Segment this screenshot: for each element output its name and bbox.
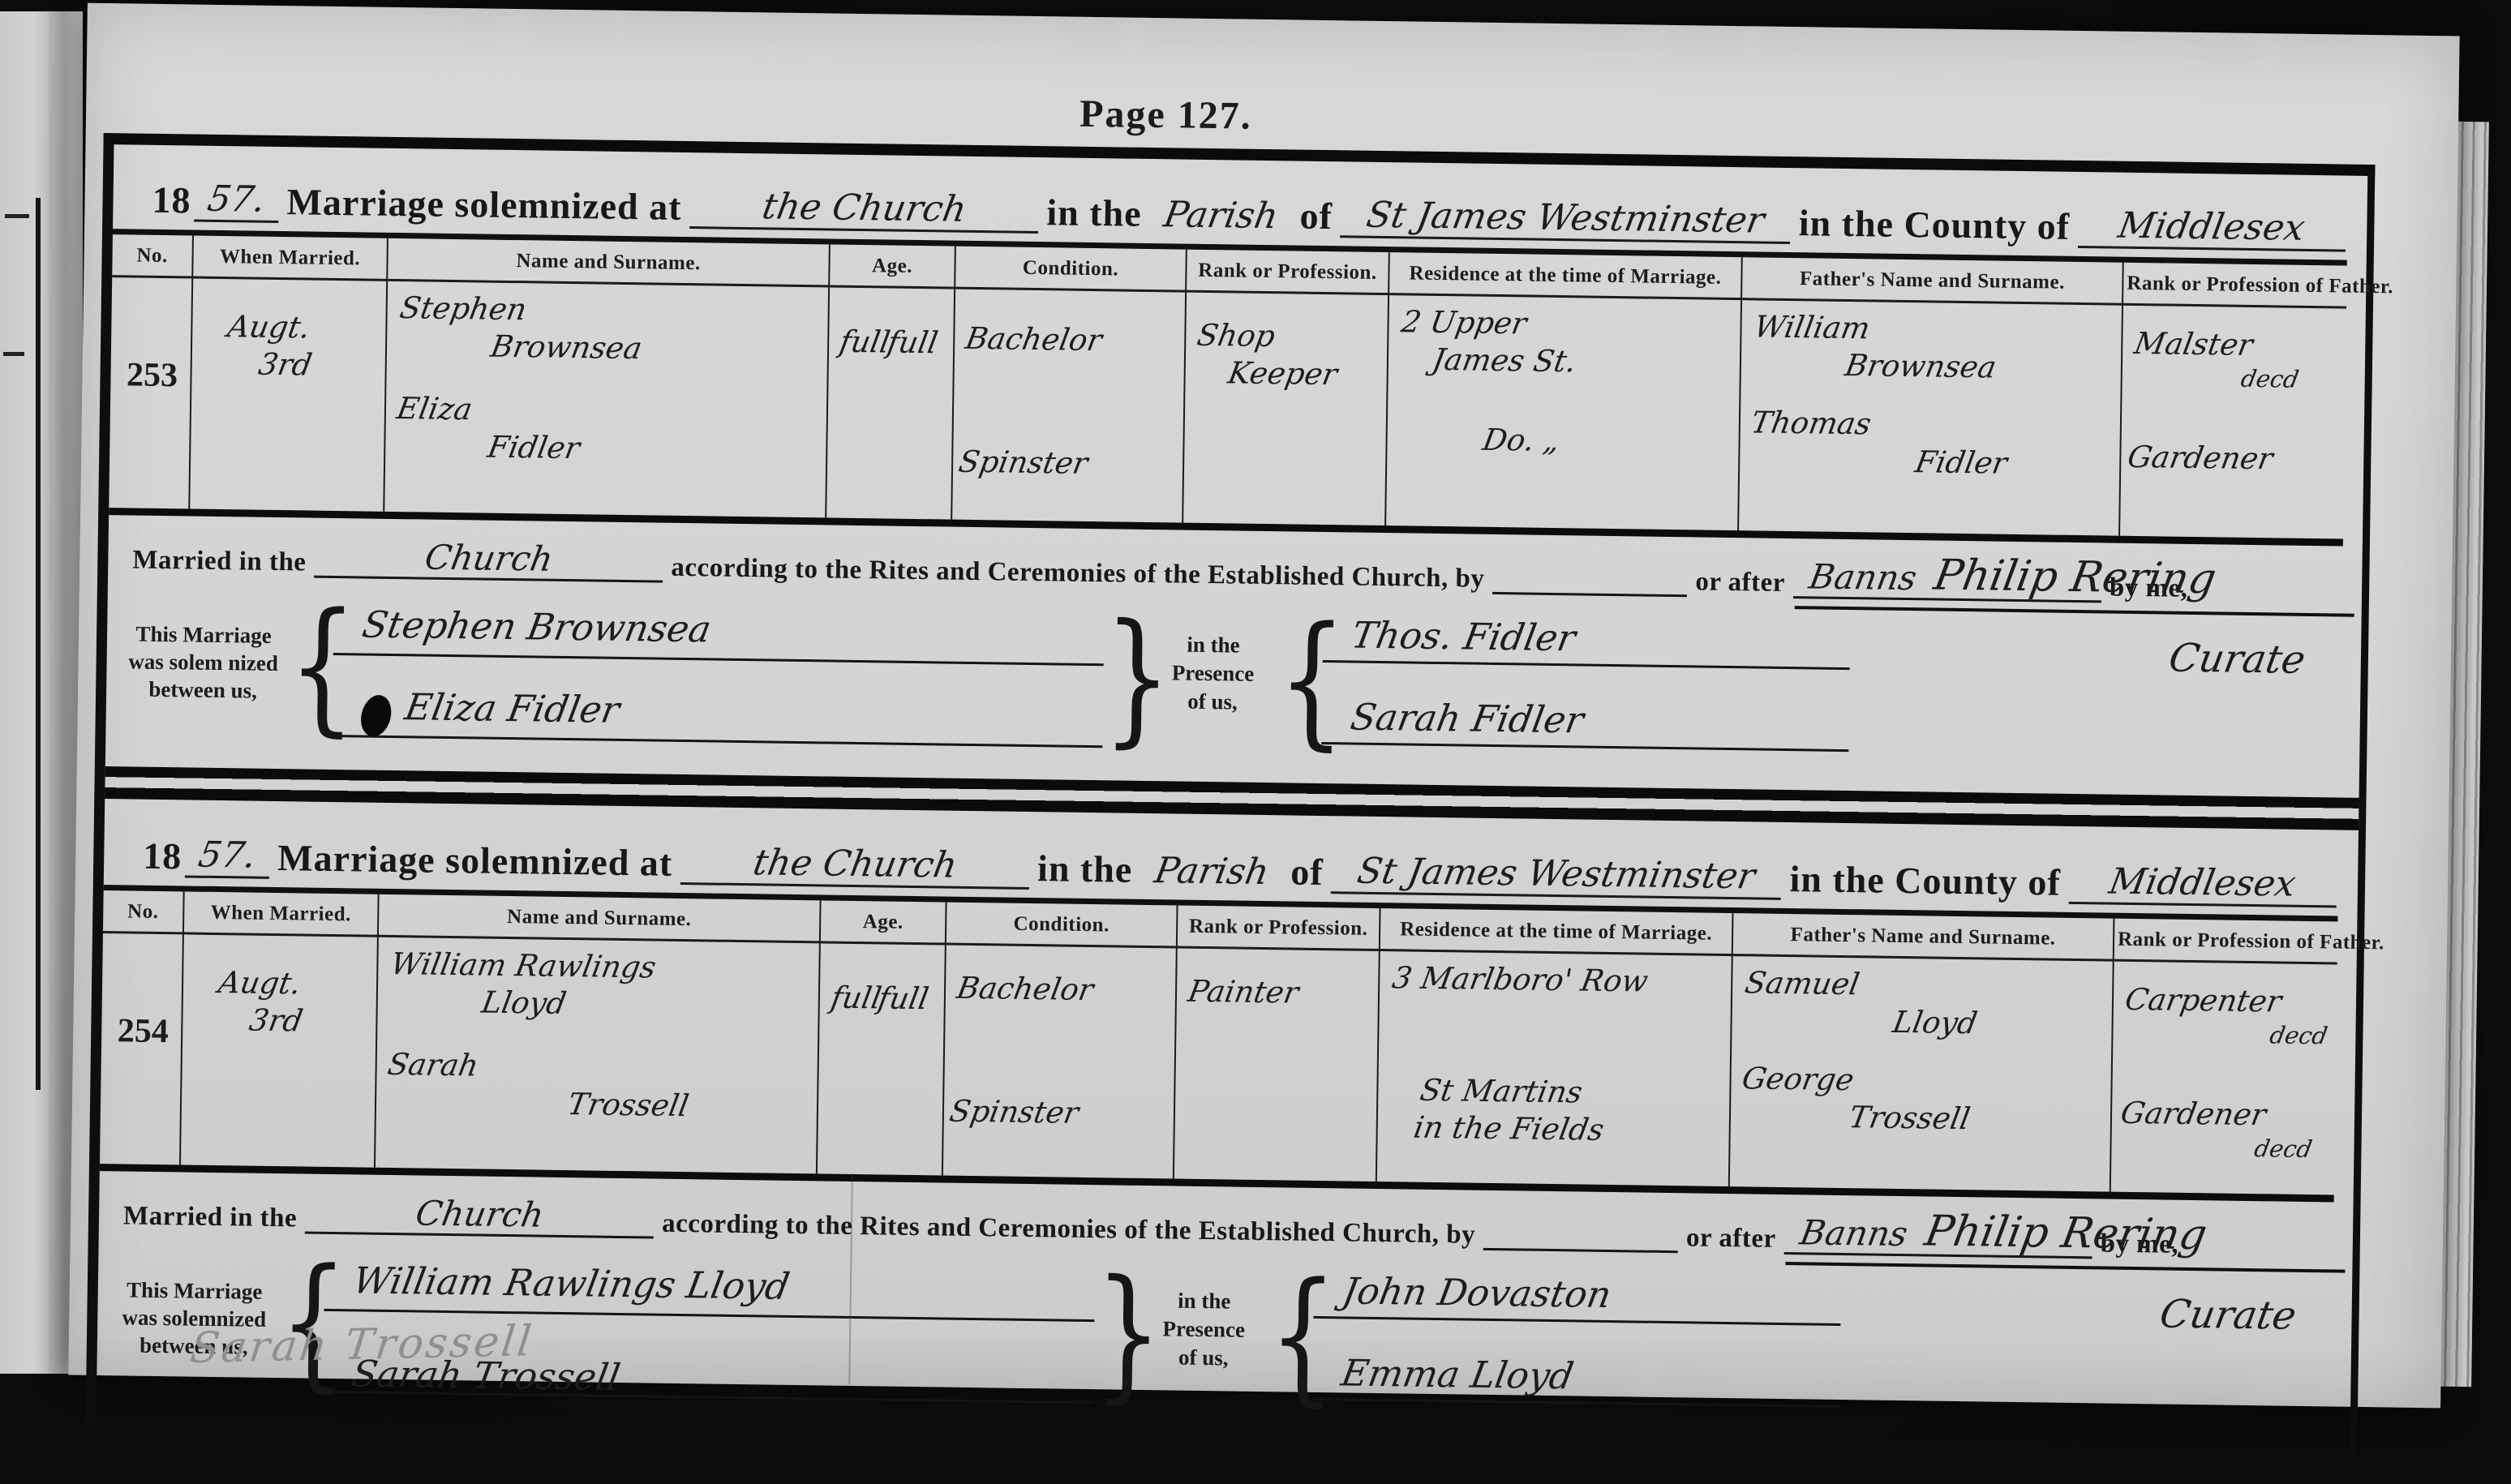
county-label-printed: in the County of (1789, 857, 2061, 904)
cell-father-ranks: Malster decd Gardener (2120, 306, 2346, 539)
place-fill-line: the Church (689, 185, 1039, 234)
groom-age-handwritten: full (818, 963, 887, 1076)
table-body-row: 253 Augt. 3rd Stephen Brownsea (109, 277, 2346, 538)
of-printed: of (1299, 195, 1333, 238)
groom-signature-line: William Rawlings Lloyd (324, 1250, 1095, 1322)
cell-professions: Shop Keeper (1183, 293, 1389, 525)
year-fill-line: 57. (194, 178, 279, 223)
witness2-signature: Sarah Fidler (1346, 688, 1588, 751)
witness1-signature: John Dovaston (1338, 1262, 1616, 1325)
column-header-age: Age. (830, 244, 956, 289)
church-handwritten: Church (413, 1194, 547, 1235)
bride-name-handwritten: Eliza Fidler (388, 390, 590, 468)
bride-condition-handwritten: Spinster (946, 1066, 1086, 1132)
bride-residence-handwritten: Do. „ (1391, 399, 1566, 460)
groom-father-rank-handwritten: Carpenter decd (2112, 970, 2286, 1079)
cell-father-names: Samuel Lloyd George Trossell (1730, 956, 2114, 1192)
officiant-signature-line: Philip Rering (1785, 1190, 2346, 1273)
officiant-block: Philip Rering Curate (1784, 1190, 2346, 1340)
witness-signatures: John Dovaston Emma Lloyd (1312, 1259, 1842, 1432)
bride-age-handwritten: full (885, 297, 946, 362)
bride-residence-handwritten: St Martins in the Fields (1379, 1055, 1616, 1149)
column-header-father-rank: Rank or Profession of Father. (2114, 919, 2338, 965)
cell-father-names: William Brownsea Thomas Fidler (1739, 300, 2123, 536)
groom-profession-handwritten: Shop Keeper (1184, 301, 1349, 414)
solemnized-at-printed: Marriage solemnized at (286, 180, 682, 229)
officiant-block: Philip Rering Curate (1794, 534, 2355, 684)
cell-professions: Painter (1174, 949, 1380, 1182)
column-header-age: Age. (821, 900, 947, 945)
officiant-signature-line: Philip Rering (1795, 534, 2355, 617)
column-header-father-name: Father's Name and Surname. (1733, 913, 2115, 962)
previous-page-rule-fragment (5, 214, 29, 218)
marriage-entry-253: 18 57. Marriage solemnized at the Church… (105, 144, 2348, 794)
rites-printed: according to the Rites and Ceremonies of… (671, 553, 1484, 594)
groom-condition-handwritten: Bachelor (952, 298, 1109, 418)
cell-conditions: Bachelor Spinster (943, 946, 1178, 1179)
groom-name-handwritten: William Rawlings Lloyd (378, 946, 659, 1044)
bride-father-handwritten: George Trossell (1732, 1060, 1979, 1138)
officiant-signature: Philip Rering (1928, 537, 2222, 619)
or-after-printed: or after (1695, 567, 1785, 598)
right-brace: } (1102, 573, 1150, 782)
cell-ages: full full (818, 943, 946, 1175)
column-header-when-married: When Married. (193, 236, 388, 281)
bride-signature: Eliza Fidler (400, 677, 624, 740)
groom-father-rank-handwritten: Malster decd (2122, 314, 2258, 422)
page-number: Page 127. (1080, 92, 1252, 139)
county-handwritten: Middlesex (2115, 205, 2308, 249)
cell-no: 253 (109, 277, 193, 508)
witness1-signature-line: Thos. Fidler (1323, 605, 1851, 670)
groom-residence-handwritten: 3 Marlboro' Row (1380, 959, 1651, 1058)
county-fill-line: Middlesex (2078, 204, 2346, 252)
solemnized-at-printed: Marriage solemnized at (277, 836, 673, 885)
entry-number: 253 (118, 355, 186, 395)
couple-signatures: Stephen Brownsea Eliza Fidler (332, 590, 1105, 769)
in-the-printed: in the (1046, 191, 1142, 235)
district-handwritten: St James Westminster (1363, 195, 1767, 242)
register-table: No. When Married. Name and Surname. Age.… (109, 229, 2347, 546)
register-form: 18 57. Marriage solemnized at the Church… (85, 133, 2375, 1461)
cell-ages: full full (826, 287, 955, 519)
county-fill-line: Middlesex (2068, 860, 2337, 908)
cell-father-ranks: Carpenter decd Gardener decd (2111, 962, 2337, 1195)
groom-signature: William Rawlings Lloyd (349, 1250, 794, 1316)
year-handwritten: 57. (204, 178, 268, 221)
witness2-signature: Emma Lloyd (1337, 1344, 1578, 1407)
officiant-title: Curate (1784, 1286, 2345, 1340)
cell-residences: 2 Upper James St. Do. „ (1386, 295, 1742, 530)
district-handwritten: St James Westminster (1354, 851, 1758, 898)
column-header-name: Name and Surname. (388, 238, 831, 288)
by-blank-line (1492, 592, 1687, 597)
officiant-title: Curate (1794, 630, 2354, 684)
column-header-residence: Residence at the time of Marriage. (1380, 908, 1734, 956)
column-header-residence: Residence at the time of Marriage. (1389, 252, 1743, 300)
witness1-signature: Thos. Fidler (1347, 606, 1580, 669)
column-header-no: No. (112, 234, 194, 278)
county-handwritten: Middlesex (2106, 861, 2299, 905)
cell-conditions: Bachelor Spinster (952, 290, 1187, 523)
place-handwritten: the Church (759, 186, 969, 229)
or-after-printed: or after (1686, 1223, 1776, 1255)
groom-signature-line: Stephen Brownsea (333, 594, 1105, 666)
of-printed: of (1290, 850, 1324, 894)
district-fill-line: St James Westminster (1331, 850, 1782, 900)
column-header-no: No. (103, 890, 185, 934)
bride-father-handwritten: Thomas Fidler (1742, 404, 2017, 483)
witness2-signature-line: Sarah Fidler (1321, 687, 1849, 752)
church-handwritten: Church (422, 538, 556, 579)
bride-name-handwritten: Sarah Trossell (378, 1046, 697, 1126)
church-fill-line: Church (314, 536, 663, 583)
solemnized-label: This Marriage was solem nized between us… (118, 586, 290, 705)
groom-signature: Stephen Brownsea (358, 595, 716, 660)
groom-father-handwritten: William Brownsea (1741, 308, 2006, 407)
groom-residence-handwritten: 2 Upper James St. (1389, 303, 1586, 401)
cell-residences: 3 Marlboro' Row St Martins in the Fields (1377, 951, 1733, 1186)
district-fill-line: St James Westminster (1341, 194, 1792, 244)
ink-blot (357, 692, 396, 740)
year-handwritten: 57. (195, 834, 260, 877)
groom-father-handwritten: Samuel Lloyd (1732, 964, 1987, 1063)
place-fill-line: the Church (680, 841, 1030, 890)
by-blank-line (1483, 1248, 1678, 1253)
groom-name-handwritten: Stephen Brownsea (387, 290, 651, 388)
cell-names: William Rawlings Lloyd Sarah Trossell (376, 937, 821, 1174)
bride-father-rank-handwritten: Gardener decd (2113, 1077, 2272, 1164)
pencil-annotation: Sarah Trossell (187, 1317, 536, 1373)
register-table: No. When Married. Name and Surname. Age.… (100, 885, 2338, 1202)
bride-age-handwritten: full (875, 953, 936, 1019)
cell-no: 254 (100, 933, 184, 1164)
in-the-printed: in the (1037, 847, 1133, 891)
year-prefix-printed: 18 (152, 178, 191, 222)
left-brace: { (287, 562, 335, 770)
cell-when-married: Augt. 3rd (181, 934, 379, 1167)
column-header-name: Name and Surname. (379, 894, 822, 944)
year-fill-line: 57. (185, 834, 270, 878)
table-body-row: 254 Augt. 3rd William Rawlings Lloyd (100, 933, 2337, 1194)
married-in-the-printed: Married in the (123, 1201, 298, 1233)
witness-brace: { (1267, 1232, 1315, 1440)
bride-signature-line: Eliza Fidler (332, 676, 1103, 748)
cell-when-married: Augt. 3rd (190, 279, 388, 512)
county-label-printed: in the County of (1798, 201, 2070, 248)
column-header-rank: Rank or Profession. (1187, 250, 1390, 295)
when-married-handwritten: Augt. 3rd (218, 308, 321, 384)
right-brace: } (1092, 1229, 1140, 1438)
witness-brace: { (1277, 576, 1324, 784)
column-header-condition: Condition. (955, 247, 1187, 293)
groom-profession-handwritten: Painter (1175, 957, 1304, 1070)
officiant-signature: Philip Rering (1919, 1193, 2213, 1275)
previous-page-rule-fragment (3, 352, 24, 356)
bride-father-rank-handwritten: Gardener (2125, 421, 2279, 478)
groom-condition-handwritten: Bachelor (944, 954, 1099, 1067)
previous-page-border-line (36, 198, 41, 1090)
rites-printed: according to the Rites and Ceremonies of… (662, 1209, 1475, 1250)
register-page: Page 127. 18 57. Marriage solemnized at … (68, 3, 2459, 1409)
cell-names: Stephen Brownsea Eliza Fidler (384, 281, 830, 518)
column-header-father-name: Father's Name and Surname. (1742, 257, 2124, 306)
bride-condition-handwritten: Spinster (955, 416, 1095, 483)
married-in-the-printed: Married in the (132, 546, 307, 578)
place-handwritten: the Church (750, 842, 960, 886)
when-married-handwritten: Augt. 3rd (209, 964, 312, 1040)
church-fill-line: Church (305, 1192, 655, 1239)
column-header-when-married: When Married. (184, 891, 380, 937)
witness2-signature-line: Emma Lloyd (1312, 1343, 1840, 1408)
entry-number: 254 (109, 1011, 177, 1051)
witness-signatures: Thos. Fidler Sarah Fidler (1321, 603, 1851, 776)
district-type-handwritten: Parish (1149, 194, 1292, 237)
witness1-signature-line: John Dovaston (1313, 1261, 1841, 1326)
column-header-father-rank: Rank or Profession of Father. (2123, 263, 2347, 309)
column-header-condition: Condition. (946, 903, 1178, 949)
previous-page-edge (0, 11, 49, 1374)
district-type-handwritten: Parish (1140, 850, 1283, 893)
year-prefix-printed: 18 (143, 834, 182, 878)
column-header-rank: Rank or Profession. (1178, 906, 1381, 951)
